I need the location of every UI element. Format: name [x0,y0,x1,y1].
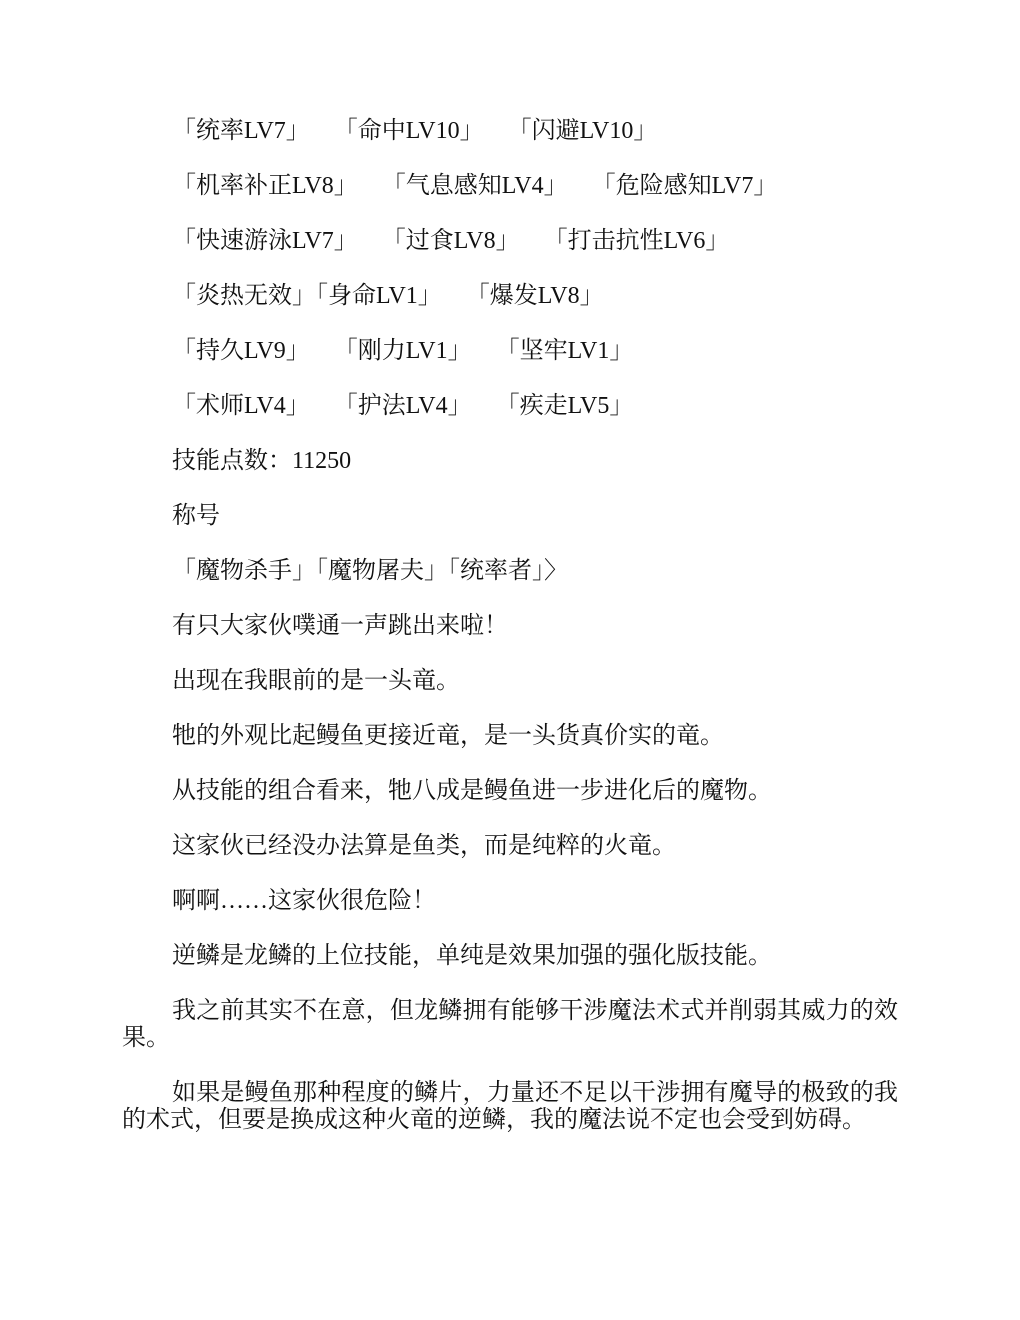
skill-item: 「快速游泳LV7」 [172,228,346,254]
titles-heading: 称号 [122,503,898,530]
skill-item: 「持久LV9」 [172,338,298,364]
skill-item: 「命中LV10」 [322,118,472,144]
skill-item: 「统率LV7」 [172,118,298,144]
paragraph: 啊啊……这家伙很危险！ [122,888,898,915]
skill-item: 「护法LV4」 [322,393,460,419]
paragraph: 如果是鳗鱼那种程度的鳞片，力量还不足以干涉拥有魔导的极致的我的术式，但要是换成这… [122,1080,898,1134]
skill-item: 「闪避LV10」 [496,118,658,144]
skill-item: 「术师LV4」 [172,393,298,419]
skill-points: 技能点数：11250 [122,448,898,475]
paragraph: 逆鳞是龙鳞的上位技能，单纯是效果加强的强化版技能。 [122,943,898,970]
skill-item: 「炎热无效」 [172,283,316,309]
paragraph: 我之前其实不在意，但龙鳞拥有能够干涉魔法术式并削弱其威力的效果。 [122,998,898,1052]
skill-line: 「机率补正LV8」 「气息感知LV4」 「危险感知LV7」 [122,173,898,200]
paragraph: 这家伙已经没办法算是鱼类，而是纯粹的火竜。 [122,833,898,860]
skill-item: 「身命LV1」 [316,283,430,309]
skill-item: 「爆发LV8」 [454,283,604,309]
skill-item: 「坚牢LV1」 [484,338,634,364]
skill-item: 「危险感知LV7」 [580,173,778,199]
skill-item: 「机率补正LV8」 [172,173,346,199]
skill-item: 「疾走LV5」 [484,393,634,419]
skill-item: 「过食LV8」 [370,228,508,254]
skill-item: 「刚力LV1」 [322,338,460,364]
document-page: 「统率LV7」 「命中LV10」 「闪避LV10」 「机率补正LV8」 「气息感… [122,118,898,1162]
paragraph: 从技能的组合看来，牠八成是鳗鱼进一步进化后的魔物。 [122,778,898,805]
skill-item: 「打击抗性LV6」 [532,228,730,254]
skill-item: 「气息感知LV4」 [370,173,556,199]
paragraph: 出现在我眼前的是一头竜。 [122,668,898,695]
skill-line: 「持久LV9」 「刚力LV1」 「坚牢LV1」 [122,338,898,365]
paragraph: 牠的外观比起鳗鱼更接近竜，是一头货真价实的竜。 [122,723,898,750]
skill-line: 「术师LV4」 「护法LV4」 「疾走LV5」 [122,393,898,420]
skill-line: 「统率LV7」 「命中LV10」 「闪避LV10」 [122,118,898,145]
skill-line: 「快速游泳LV7」 「过食LV8」 「打击抗性LV6」 [122,228,898,255]
titles-line: 「魔物杀手」「魔物屠夫」「统率者」〉 [122,558,898,585]
paragraph: 有只大家伙噗通一声跳出来啦！ [122,613,898,640]
skill-line: 「炎热无效」「身命LV1」 「爆发LV8」 [122,283,898,310]
